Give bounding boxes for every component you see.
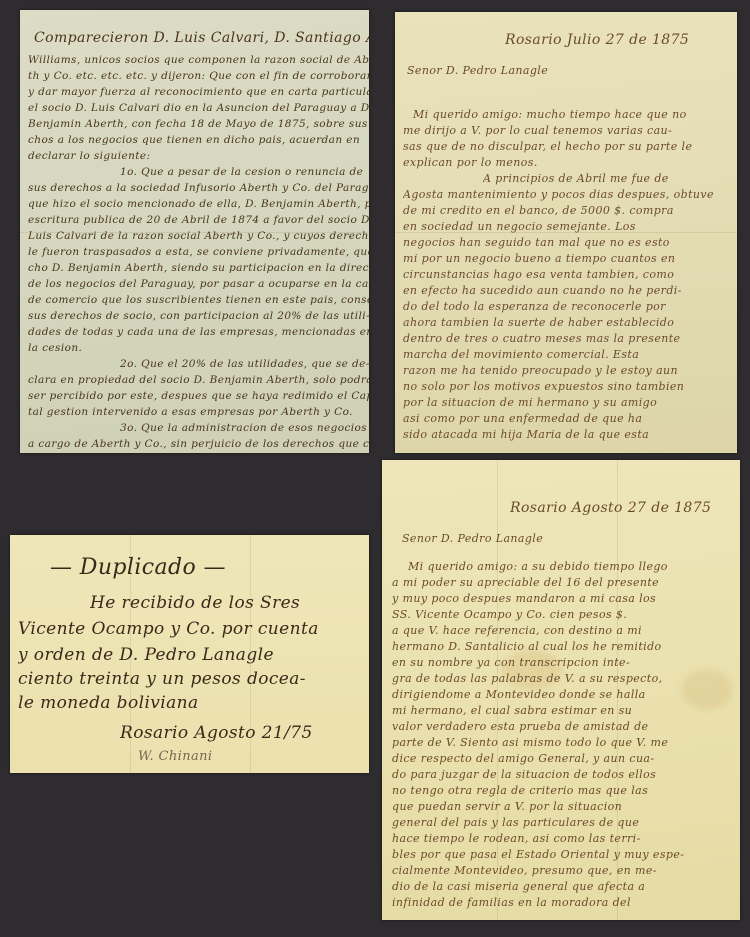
- doc1-line: Williams, unicos socios que componen la …: [28, 54, 369, 66]
- doc2-line: sido atacada mi hija Maria de la que est…: [403, 428, 737, 441]
- doc1-line: clara en propiedad del socio D. Benjamin…: [28, 374, 369, 386]
- doc4-line: mi hermano, el cual sabra estimar en su: [392, 704, 740, 717]
- doc4-line: que puedan servir a V. por la situacion: [392, 800, 740, 813]
- doc2-line: circunstancias hago esa venta tambien, c…: [403, 268, 737, 281]
- doc1-line: y dar mayor fuerza al reconocimiento que…: [28, 86, 369, 98]
- doc4-line: dirigiendome a Montevideo donde se halla: [392, 688, 740, 701]
- doc4-line: y muy poco despues mandaron a mi casa lo…: [392, 592, 740, 605]
- receipt-line: ciento treinta y un pesos docea-: [18, 669, 369, 689]
- doc1-line: dades de todas y cada una de las empresa…: [28, 326, 369, 338]
- doc1-line: declarar lo siguiente:: [28, 150, 369, 162]
- doc2-line: en efecto ha sucedido aun cuando no he p…: [403, 284, 737, 297]
- doc1-line: de comercio que los suscribientes tienen…: [28, 294, 369, 306]
- receipt-date: Rosario Agosto 21/75: [120, 723, 369, 743]
- doc1-line: 1o. Que a pesar de la cesion o renuncia …: [120, 166, 369, 178]
- document-letter-july: Rosario Julio 27 de 1875 Senor D. Pedro …: [395, 12, 737, 453]
- document-receipt-duplicado: — Duplicado — He recibido de los Sres Vi…: [10, 535, 369, 773]
- doc2-line: por la situacion de mi hermano y su amig…: [403, 396, 737, 409]
- document-legal-agreement: Comparecieron D. Luis Calvari, D. Santia…: [20, 10, 369, 453]
- doc4-line: parte de V. Siento asi mismo todo lo que…: [392, 736, 740, 749]
- doc2-line: do del todo la esperanza de reconocerle …: [403, 300, 737, 313]
- doc4-line: a que V. hace referencia, con destino a …: [392, 624, 740, 637]
- doc2-line: razon me ha tenido preocupado y le estoy…: [403, 364, 737, 377]
- doc1-line: el socio D. Luis Calvari dio en la Asunc…: [28, 102, 369, 114]
- doc4-line: hace tiempo le rodean, asi como las terr…: [392, 832, 740, 845]
- doc4-line: Mi querido amigo: a su debido tiempo lle…: [408, 560, 740, 573]
- doc2-line: Agosta mantenimiento y pocos dias despue…: [403, 188, 737, 201]
- doc4-line: SS. Vicente Ocampo y Co. cien pesos $.: [392, 608, 740, 621]
- doc4-line: a mi poder su apreciable del 16 del pres…: [392, 576, 740, 589]
- doc1-line: sus derechos a la sociedad Infusorio Abe…: [28, 182, 369, 194]
- doc2-line: sas que de no disculpar, el hecho por su…: [403, 140, 737, 153]
- doc4-line: en su nombre ya con transcripcion inte-: [392, 656, 740, 669]
- receipt-signature: W. Chinani: [138, 749, 369, 764]
- doc4-line: cialmente Montevideo, presumo que, en me…: [392, 864, 740, 877]
- doc2-line: en sociedad un negocio semejante. Los: [403, 220, 737, 233]
- doc1-line: chos a los negocios que tienen en dicho …: [28, 134, 369, 146]
- doc1-line: de los negocios del Paraguay, por pasar …: [28, 278, 369, 290]
- doc1-line: Comparecieron D. Luis Calvari, D. Santia…: [34, 30, 369, 46]
- doc1-line: tal gestion intervenido a esas empresas …: [28, 406, 369, 418]
- doc1-line: la cesion.: [28, 342, 369, 354]
- doc1-line: Benjamin Aberth, con fecha 18 de Mayo de…: [28, 118, 369, 130]
- doc1-line: cho D. Benjamin Aberth, siendo su partic…: [28, 262, 369, 274]
- doc2-line: me dirijo a V. por lo cual tenemos varia…: [403, 124, 737, 137]
- doc4-line: valor verdadero esta prueba de amistad d…: [392, 720, 740, 733]
- doc2-line: Mi querido amigo: mucho tiempo hace que …: [413, 108, 737, 121]
- receipt-line: le moneda boliviana: [18, 693, 369, 713]
- doc2-line: marcha del movimiento comercial. Esta: [403, 348, 737, 361]
- doc2-line: A principios de Abril me fue de: [483, 172, 737, 185]
- doc2-line: explican por lo menos.: [403, 156, 737, 169]
- doc1-line: que hizo el socio mencionado de ella, D.…: [28, 198, 369, 210]
- doc4-line: hermano D. Santalicio al cual los he rem…: [392, 640, 740, 653]
- doc1-line: ser percibido por este, despues que se h…: [28, 390, 369, 402]
- doc4-line: gra de todas las palabras de V. a su res…: [392, 672, 740, 685]
- doc4-line: infinidad de familias en la moradora del: [392, 896, 740, 909]
- doc1-line: sus derechos de socio, con participacion…: [28, 310, 369, 322]
- doc4-line: bles por que pasa el Estado Oriental y m…: [392, 848, 740, 861]
- doc2-line: negocios han seguido tan mal que no es e…: [403, 236, 737, 249]
- doc4-line: general del pais y las particulares de q…: [392, 816, 740, 829]
- letter-date: Rosario Julio 27 de 1875: [505, 32, 737, 48]
- doc1-line: th y Co. etc. etc. etc. y dijeron: Que c…: [28, 70, 369, 82]
- document-letter-august: Rosario Agosto 27 de 1875 Senor D. Pedro…: [382, 460, 740, 920]
- letter-salutation: Senor D. Pedro Lanagle: [402, 532, 740, 545]
- doc4-line: no tengo otra regla de criterio mas que …: [392, 784, 740, 797]
- doc1-line: Luis Calvari de la razon social Aberth y…: [28, 230, 369, 242]
- doc2-line: mi por un negocio bueno a tiempo cuantos…: [403, 252, 737, 265]
- doc2-line: no solo por los motivos expuestos sino t…: [403, 380, 737, 393]
- doc4-line: dio de la casi miseria general que afect…: [392, 880, 740, 893]
- letter-salutation: Senor D. Pedro Lanagle: [407, 64, 737, 77]
- doc2-line: dentro de tres o cuatro meses mas la pre…: [403, 332, 737, 345]
- doc2-line: ahora tambien la suerte de haber estable…: [403, 316, 737, 329]
- doc1-line: 2o. Que el 20% de las utilidades, que se…: [120, 358, 369, 370]
- doc1-line: escritura publica de 20 de Abril de 1874…: [28, 214, 369, 226]
- doc2-line: asi como por una enfermedad de que ha: [403, 412, 737, 425]
- receipt-title: — Duplicado —: [50, 555, 369, 580]
- receipt-line: y orden de D. Pedro Lanagle: [18, 645, 369, 665]
- doc1-line: 3o. Que la administracion de esos negoci…: [120, 422, 369, 434]
- receipt-line: Vicente Ocampo y Co. por cuenta: [18, 619, 369, 639]
- receipt-line: He recibido de los Sres: [90, 593, 369, 613]
- doc2-line: de mi credito en el banco, de 5000 $. co…: [403, 204, 737, 217]
- doc1-line: a cargo de Aberth y Co., sin perjuicio d…: [28, 438, 369, 450]
- doc4-line: do para juzgar de la situacion de todos …: [392, 768, 740, 781]
- doc4-line: dice respecto del amigo General, y aun c…: [392, 752, 740, 765]
- doc1-line: le fueron traspasados a esta, se convien…: [28, 246, 369, 258]
- letter-date: Rosario Agosto 27 de 1875: [510, 500, 740, 516]
